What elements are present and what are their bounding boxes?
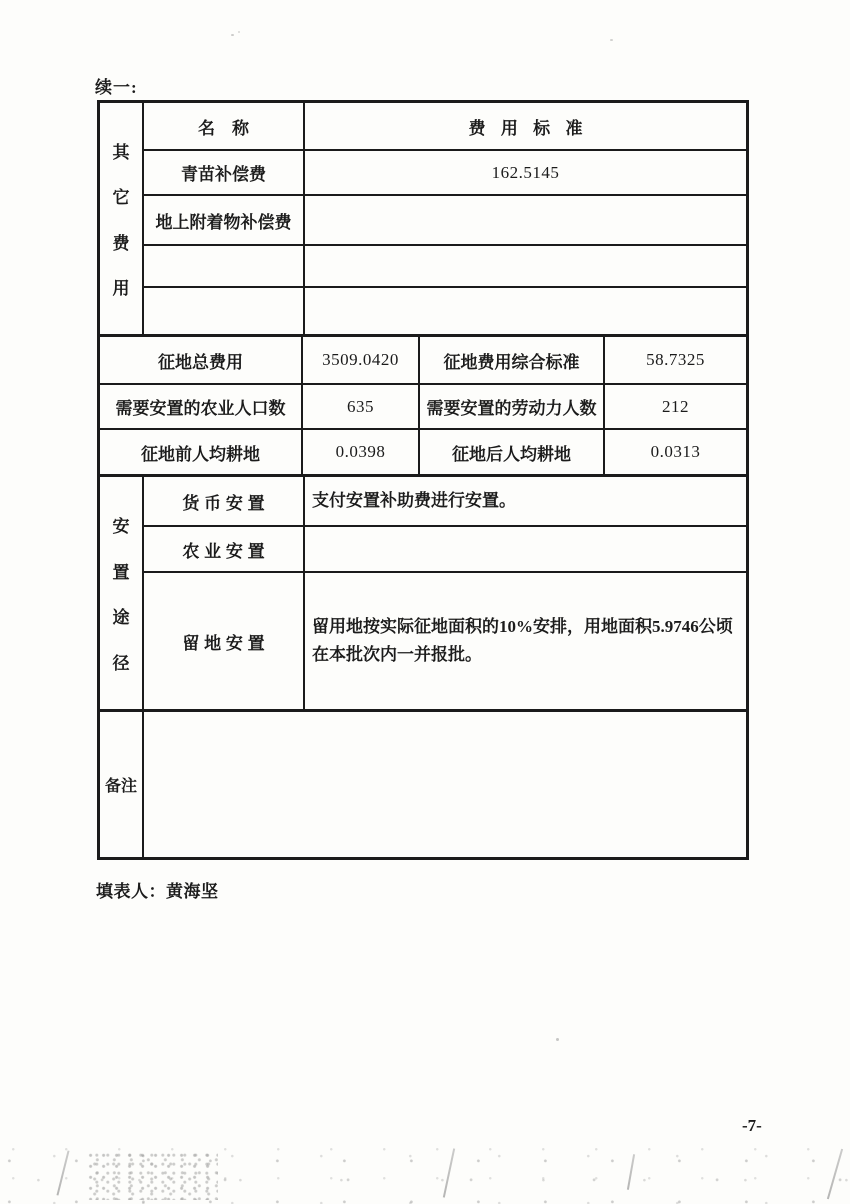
fee-standard-column-header: 费用标准 <box>303 103 746 149</box>
summary-label-cell: 征地前人均耕地 <box>100 430 301 474</box>
scan-speck <box>556 1038 559 1041</box>
scan-speck <box>238 31 240 33</box>
vertical-label-char: 途 <box>113 603 130 628</box>
land-acquisition-table: 其 它 费 用 名称 费用标准 青苗补偿费 162.5145 <box>97 100 749 860</box>
fee-name-cell <box>144 288 303 334</box>
summary-value-cell: 0.0313 <box>603 430 746 474</box>
continuation-heading: 续一: <box>95 73 138 98</box>
summary-row-population: 需要安置的农业人口数 635 需要安置的劳动力人数 212 <box>100 383 746 428</box>
fee-row-empty <box>144 286 746 334</box>
resettlement-description-cell <box>303 527 746 571</box>
summary-value-cell: 0.0398 <box>301 430 418 474</box>
fee-row-empty <box>144 244 746 286</box>
scan-noise-patch <box>88 1152 218 1200</box>
summary-row-farmland: 征地前人均耕地 0.0398 征地后人均耕地 0.0313 <box>100 428 746 474</box>
other-fees-section: 其 它 费 用 名称 费用标准 青苗补偿费 162.5145 <box>100 103 746 334</box>
form-filler-name: 黄海坚 <box>166 882 219 901</box>
scan-speck <box>231 34 234 36</box>
other-fees-header-row: 名称 费用标准 <box>144 103 746 149</box>
fee-row-ground-attachments: 地上附着物补偿费 <box>144 194 746 244</box>
vertical-label-char: 费 <box>113 229 130 254</box>
resettlement-row-agricultural: 农业安置 <box>144 525 746 571</box>
scanned-form-page: 续一: 其 它 费 用 名称 费用标准 青苗补偿费 <box>0 0 850 1204</box>
summary-value-cell: 58.7325 <box>603 337 746 383</box>
resettlement-vertical-label: 安 置 途 径 <box>100 477 144 709</box>
form-filler-label: 填表人： <box>96 882 166 901</box>
resettlement-description-cell: 留用地按实际征地面积的10%安排，用地面积5.9746公顷在本批次内一并报批。 <box>303 573 746 709</box>
page-number: -7- <box>742 1116 762 1136</box>
fee-row-young-crops: 青苗补偿费 162.5145 <box>144 149 746 194</box>
summary-label-cell: 征地后人均耕地 <box>418 430 603 474</box>
resettlement-method-cell: 农业安置 <box>144 527 303 571</box>
fee-name-cell: 地上附着物补偿费 <box>144 196 303 244</box>
fee-value-cell <box>303 288 746 334</box>
resettlement-rows: 货币安置 支付安置补助费进行安置。 农业安置 留地安置 留用地按实际征地面积的1… <box>144 477 746 709</box>
vertical-label-char: 用 <box>113 274 130 299</box>
fee-value-cell <box>303 246 746 286</box>
resettlement-description-cell: 支付安置补助费进行安置。 <box>303 477 746 525</box>
summary-rows: 征地总费用 3509.0420 征地费用综合标准 58.7325 需要安置的农业… <box>100 337 746 474</box>
summary-value-cell: 212 <box>603 385 746 428</box>
form-filler-line: 填表人：黄海坚 <box>96 877 219 902</box>
remarks-label-cell: 备注 <box>100 712 144 857</box>
fee-name-cell: 青苗补偿费 <box>144 151 303 194</box>
other-fees-rows: 名称 费用标准 青苗补偿费 162.5145 地上附着物补偿费 <box>144 103 746 334</box>
other-fees-vertical-label: 其 它 费 用 <box>100 103 144 334</box>
fee-value-cell: 162.5145 <box>303 151 746 194</box>
vertical-label-char: 径 <box>113 649 130 674</box>
name-column-header: 名称 <box>144 103 303 149</box>
summary-row-total-cost: 征地总费用 3509.0420 征地费用综合标准 58.7325 <box>100 337 746 383</box>
summary-label-cell: 征地费用综合标准 <box>418 337 603 383</box>
remarks-row: 备注 <box>100 709 746 857</box>
resettlement-method-cell: 留地安置 <box>144 573 303 709</box>
fee-value-cell <box>303 196 746 244</box>
remarks-content-cell <box>144 712 746 857</box>
resettlement-row-monetary: 货币安置 支付安置补助费进行安置。 <box>144 477 746 525</box>
vertical-label-char: 安 <box>113 512 130 537</box>
resettlement-row-reserved-land: 留地安置 留用地按实际征地面积的10%安排，用地面积5.9746公顷在本批次内一… <box>144 571 746 709</box>
summary-value-cell: 3509.0420 <box>301 337 418 383</box>
vertical-label-char: 其 <box>113 138 130 163</box>
scan-speck <box>610 39 613 41</box>
vertical-label-char: 它 <box>113 183 130 208</box>
vertical-label-char: 置 <box>113 558 130 583</box>
fee-name-cell <box>144 246 303 286</box>
summary-label-cell: 需要安置的农业人口数 <box>100 385 301 428</box>
summary-label-cell: 征地总费用 <box>100 337 301 383</box>
summary-value-cell: 635 <box>301 385 418 428</box>
resettlement-section: 安 置 途 径 货币安置 支付安置补助费进行安置。 农业安置 <box>100 474 746 709</box>
resettlement-method-cell: 货币安置 <box>144 477 303 525</box>
summary-section: 征地总费用 3509.0420 征地费用综合标准 58.7325 需要安置的农业… <box>100 334 746 474</box>
summary-label-cell: 需要安置的劳动力人数 <box>418 385 603 428</box>
